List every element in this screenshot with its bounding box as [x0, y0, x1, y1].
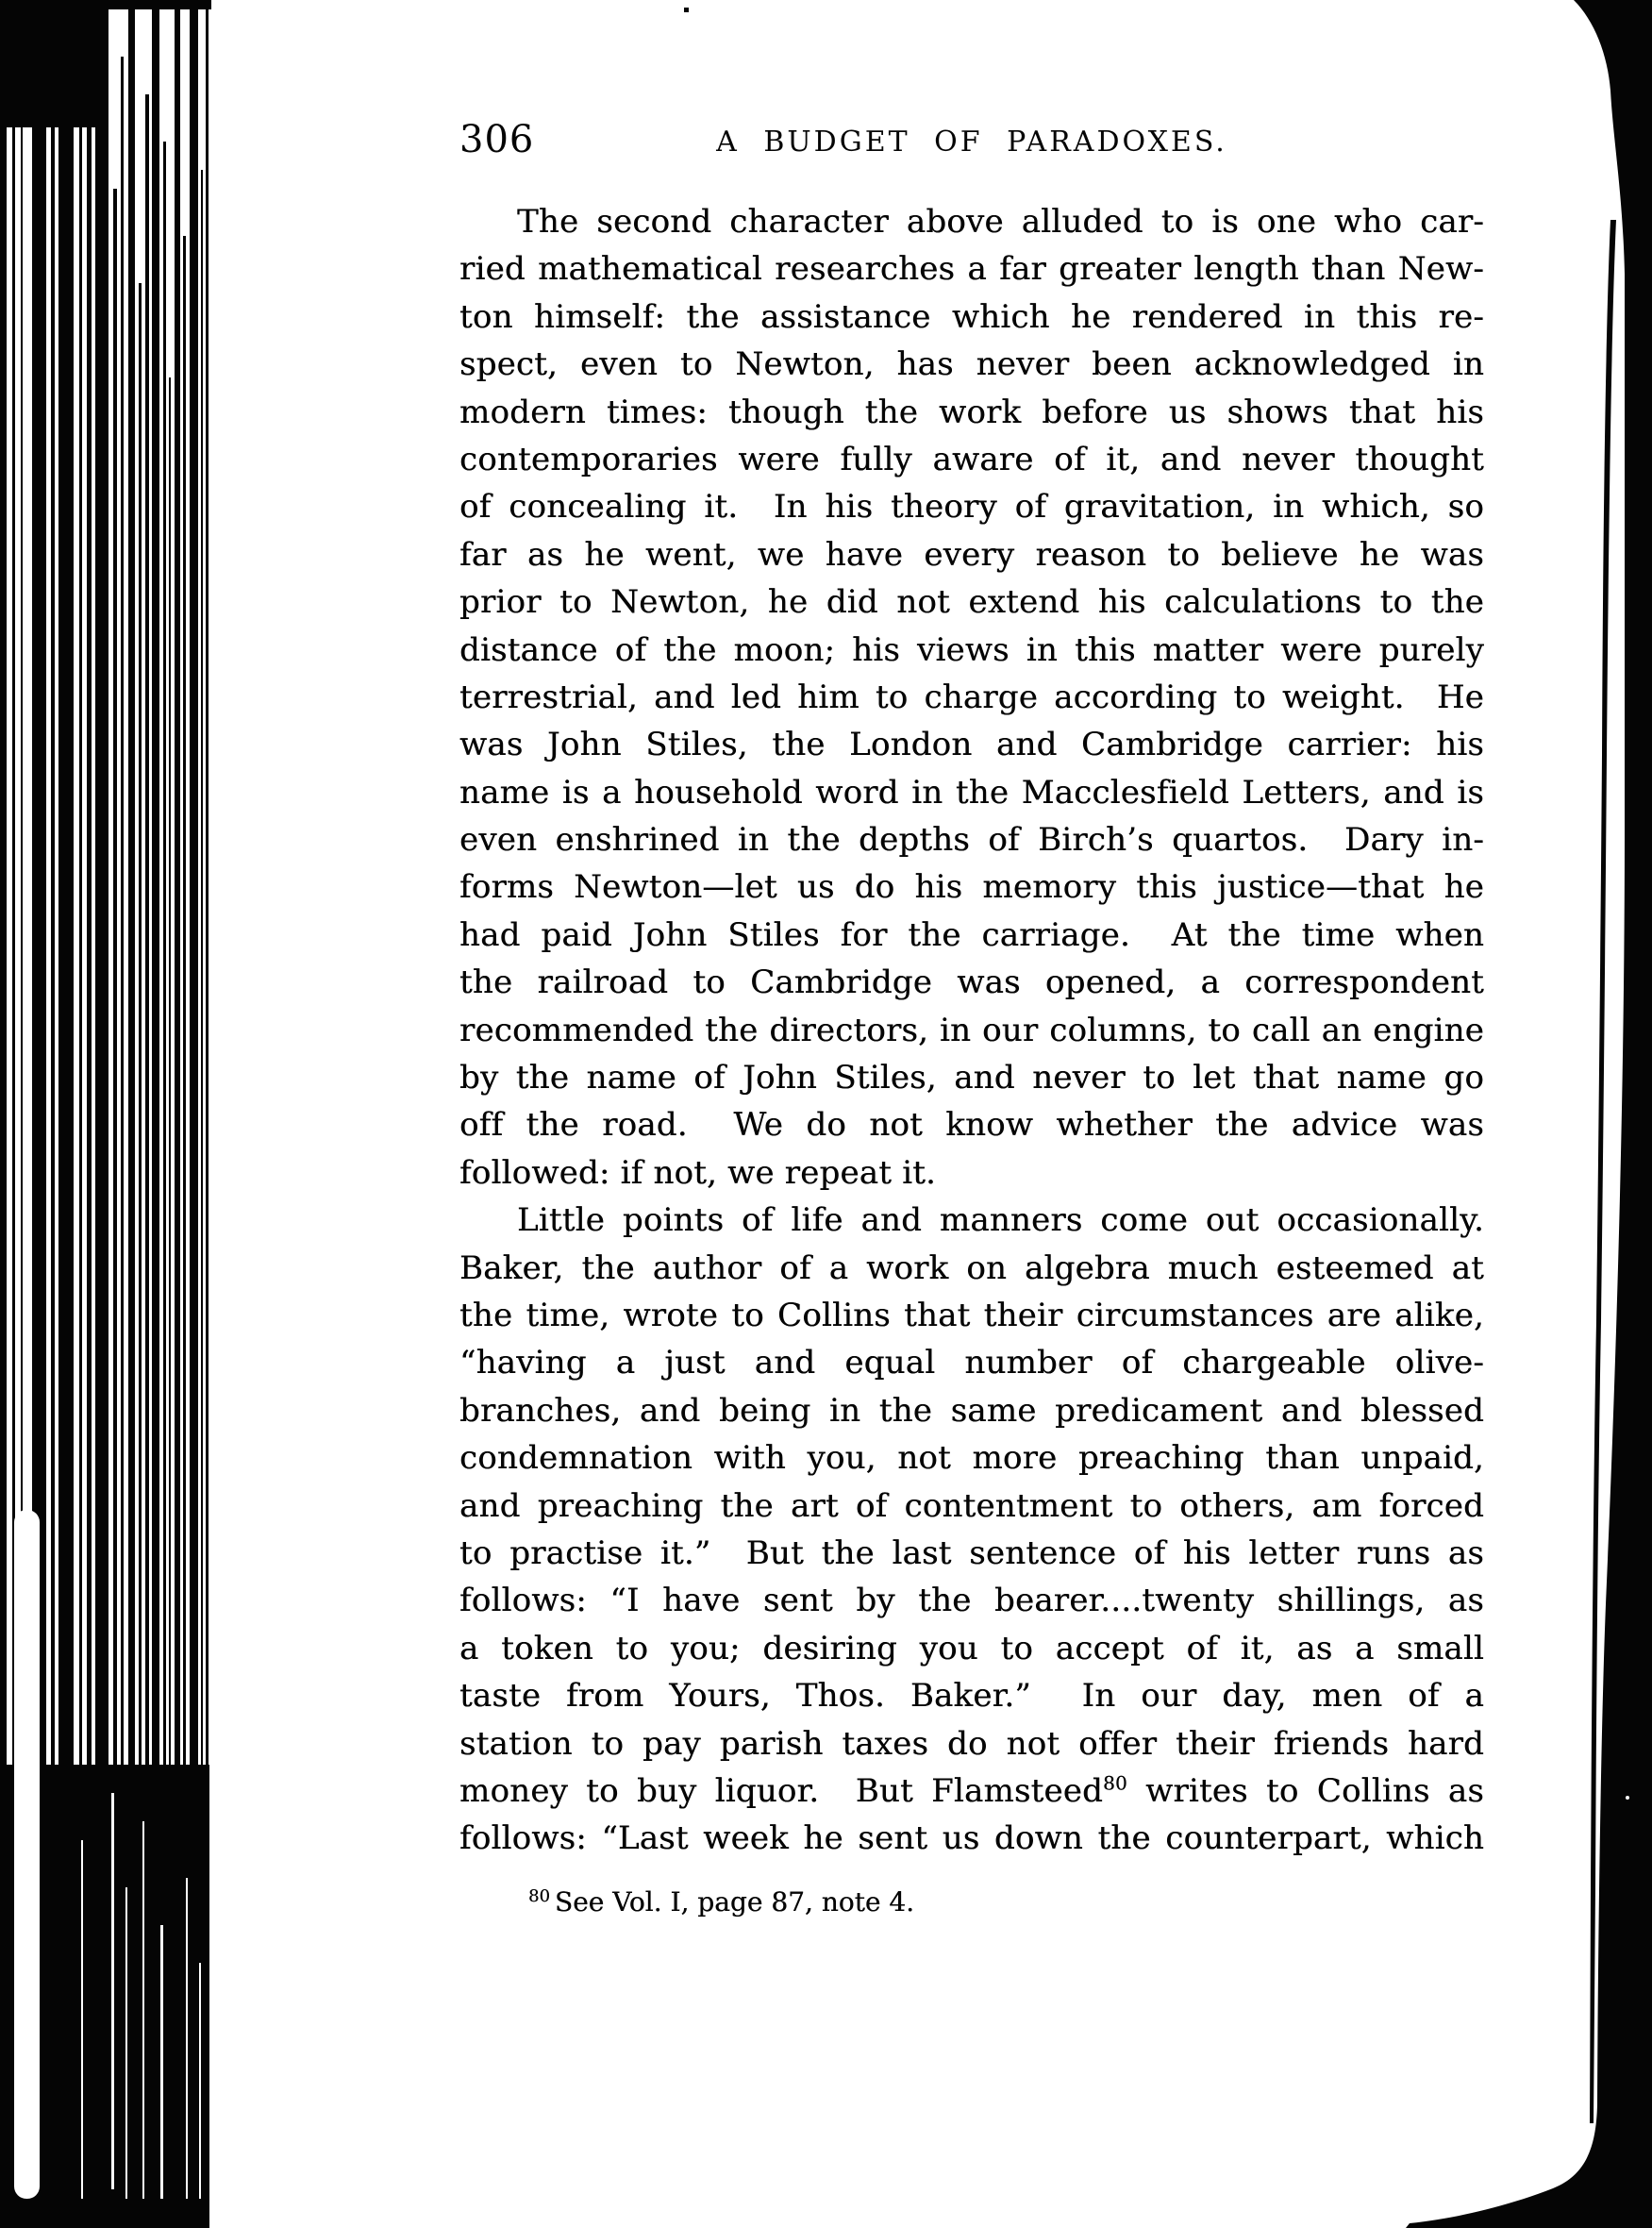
- body-text: The second character above alluded to is…: [459, 198, 1484, 1863]
- footnote-reference-superscript: 80: [1103, 1772, 1127, 1795]
- scanned-book-page: 306 A BUDGET OF PARADOXES. The second ch…: [0, 0, 1652, 2228]
- text-segment: money to buy liquor. But Flamsteed: [459, 1772, 1103, 1810]
- text-line: station to pay parish taxes do not offer…: [459, 1720, 1484, 1767]
- text-line: the railroad to Cambridge was opened, a …: [459, 959, 1484, 1006]
- text-line: condemnation with you, not more preachin…: [459, 1434, 1484, 1482]
- text-line: The second character above alluded to is…: [459, 198, 1484, 245]
- text-line: off the road. We do not know whether the…: [459, 1101, 1484, 1148]
- text-line: followed: if not, we repeat it.: [459, 1149, 1484, 1197]
- footnote: 80See Vol. I, page 87, note 4.: [528, 1885, 914, 1923]
- text-line: ton himself: the assistance which he ren…: [459, 293, 1484, 341]
- text-line: follows: “Last week he sent us down the …: [459, 1815, 1484, 1862]
- text-line: of concealing it. In his theory of gravi…: [459, 483, 1484, 530]
- text-line: the time, wrote to Collins that their ci…: [459, 1292, 1484, 1339]
- text-line: spect, even to Newton, has never been ac…: [459, 341, 1484, 388]
- text-line: ried mathematical researches a far great…: [459, 245, 1484, 293]
- text-line: and preaching the art of contentment to …: [459, 1483, 1484, 1530]
- text-line: taste from Yours, Thos. Baker.” In our d…: [459, 1672, 1484, 1719]
- text-line: was John Stiles, the London and Cambridg…: [459, 721, 1484, 768]
- text-line: had paid John Stiles for the carriage. A…: [459, 912, 1484, 959]
- text-line: recommended the directors, in our column…: [459, 1007, 1484, 1054]
- text-line: branches, and being in the same predicam…: [459, 1387, 1484, 1434]
- text-line: to practise it.” But the last sentence o…: [459, 1530, 1484, 1577]
- scan-speck: [684, 8, 689, 12]
- text-line-flamsteed: money to buy liquor. But Flamsteed80 wri…: [459, 1767, 1484, 1815]
- text-line: modern times: though the work before us …: [459, 389, 1484, 436]
- footnote-text: See Vol. I, page 87, note 4.: [555, 1886, 914, 1918]
- text-line: a token to you; desiring you to accept o…: [459, 1625, 1484, 1672]
- text-line: prior to Newton, he did not extend his c…: [459, 578, 1484, 626]
- footnote-marker-superscript: 80: [528, 1886, 550, 1906]
- text-line: name is a household word in the Macclesf…: [459, 769, 1484, 816]
- text-line: follows: “I have sent by the bearer....t…: [459, 1577, 1484, 1624]
- text-line: terrestrial, and led him to charge accor…: [459, 674, 1484, 721]
- text-line: by the name of John Stiles, and never to…: [459, 1054, 1484, 1101]
- text-line: distance of the moon; his views in this …: [459, 627, 1484, 674]
- text-line: far as he went, we have every reason to …: [459, 531, 1484, 578]
- text-line: “having a just and equal number of charg…: [459, 1339, 1484, 1386]
- running-title: A BUDGET OF PARADOXES.: [459, 126, 1484, 159]
- text-segment: writes to Collins as: [1127, 1772, 1484, 1810]
- text-line: contemporaries were fully aware of it, a…: [459, 436, 1484, 483]
- scan-gutter-artifact: [0, 0, 217, 2228]
- text-line: even enshrined in the depths of Birch’s …: [459, 816, 1484, 863]
- text-line: Baker, the author of a work on algebra m…: [459, 1245, 1484, 1292]
- text-line: Little points of life and manners come o…: [459, 1197, 1484, 1244]
- text-line: forms Newton—let us do his memory this j…: [459, 863, 1484, 911]
- page-header: 306 A BUDGET OF PARADOXES.: [459, 119, 1484, 166]
